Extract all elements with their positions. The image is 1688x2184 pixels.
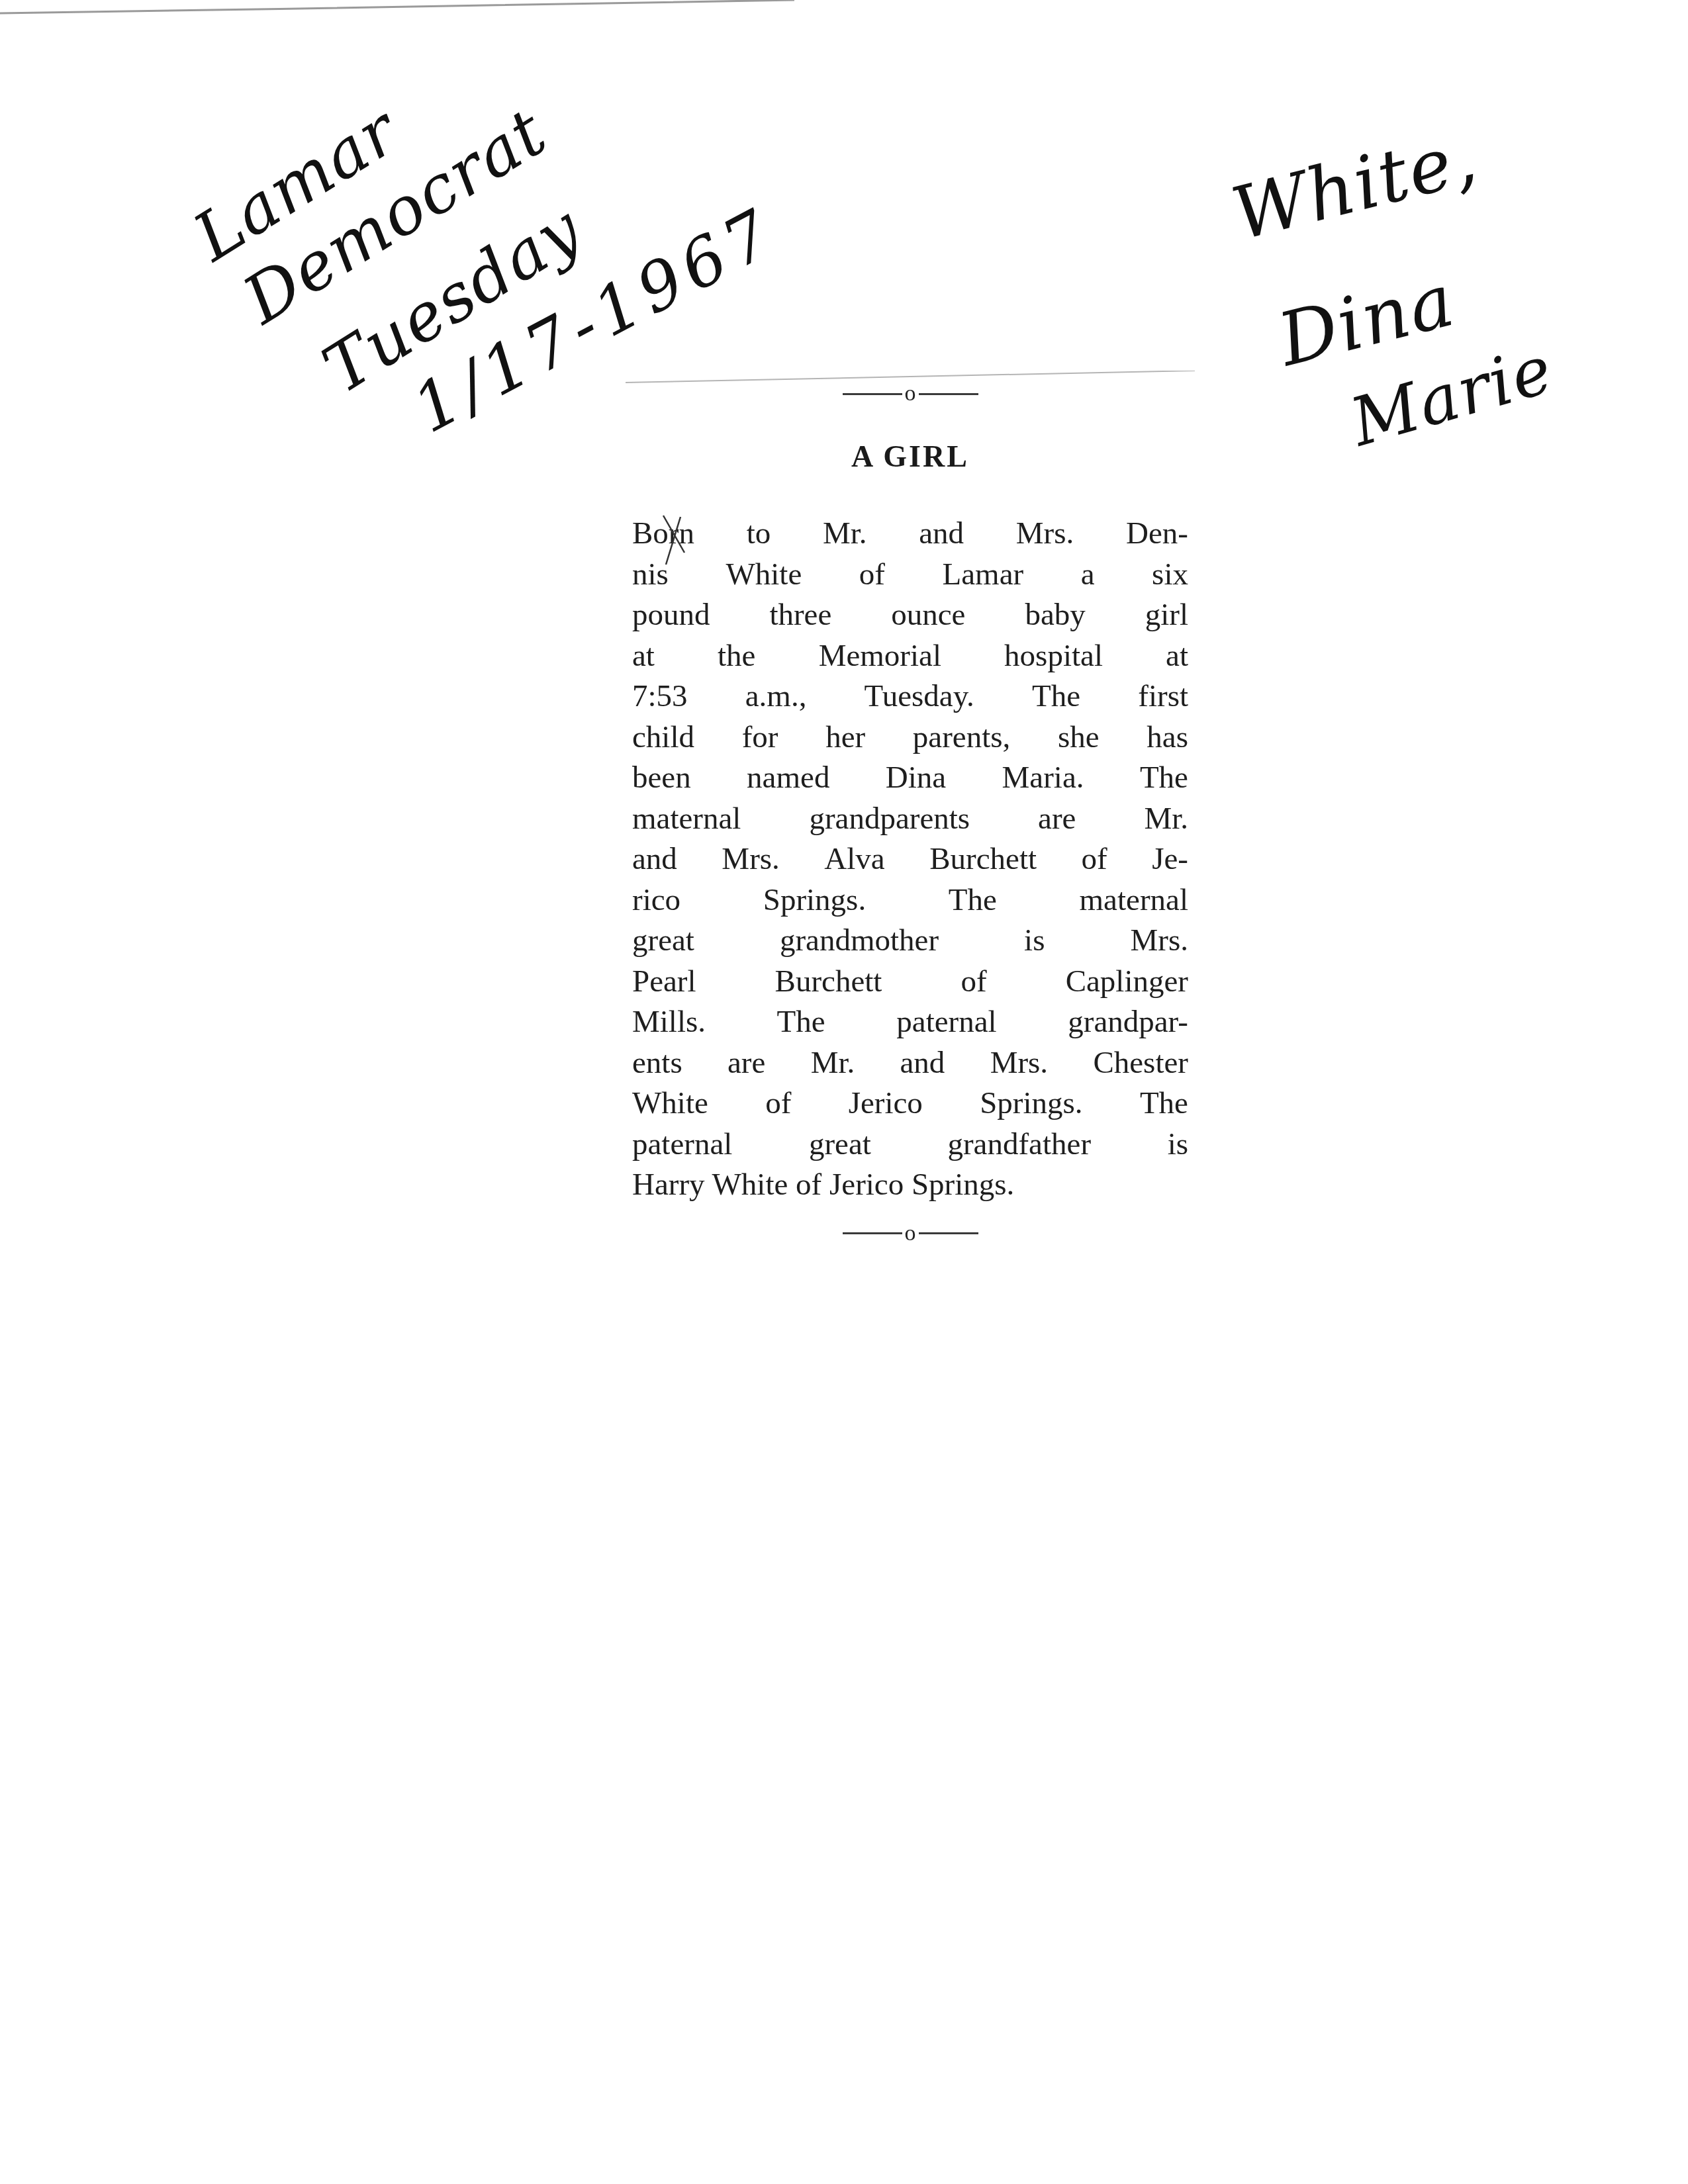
body-line: greatgrandmotherisMrs. [632, 921, 1188, 962]
handwritten-correction-mark [661, 513, 687, 566]
body-line: entsareMr.andMrs.Chester [632, 1043, 1188, 1084]
body-line: andMrs.AlvaBurchettofJe- [632, 839, 1188, 880]
divider-top: o [632, 381, 1188, 407]
divider-rule [919, 1232, 978, 1234]
body-line: beennamedDinaMaria.The [632, 758, 1188, 799]
body-line: ricoSprings.Thematernal [632, 880, 1188, 921]
divider-bottom: o [632, 1220, 1188, 1247]
scan-edge-line [0, 0, 1688, 26]
divider-glyph: o [902, 383, 919, 405]
newspaper-clipping: o A GIRL BorntoMr.andMrs.Den-nisWhiteofL… [632, 381, 1188, 1247]
divider-rule [843, 393, 902, 395]
body-line: Mills.Thepaternalgrandpar- [632, 1002, 1188, 1043]
body-line: Harry White of Jerico Springs. [632, 1165, 1188, 1206]
body-line: poundthreeouncebabygirl [632, 595, 1188, 636]
handwritten-surname: White, [1224, 114, 1485, 257]
divider-rule [843, 1232, 902, 1234]
body-line: maternalgrandparentsareMr. [632, 799, 1188, 840]
body-line: childforherparents,shehas [632, 717, 1188, 758]
body-line: PearlBurchettofCaplinger [632, 962, 1188, 1003]
divider-glyph: o [902, 1222, 919, 1245]
body-line: attheMemorialhospitalat [632, 636, 1188, 677]
body-line: paternalgreatgrandfatheris [632, 1124, 1188, 1165]
body-line: BorntoMr.andMrs.Den- [632, 514, 1188, 555]
body-line: nisWhiteofLamarasix [632, 555, 1188, 596]
body-line: WhiteofJericoSprings.The [632, 1083, 1188, 1124]
body-line: 7:53a.m.,Tuesday.Thefirst [632, 676, 1188, 717]
divider-rule [919, 393, 978, 395]
clipping-body: BorntoMr.andMrs.Den-nisWhiteofLamarasixp… [632, 514, 1188, 1206]
clipping-headline: A GIRL [632, 439, 1188, 474]
